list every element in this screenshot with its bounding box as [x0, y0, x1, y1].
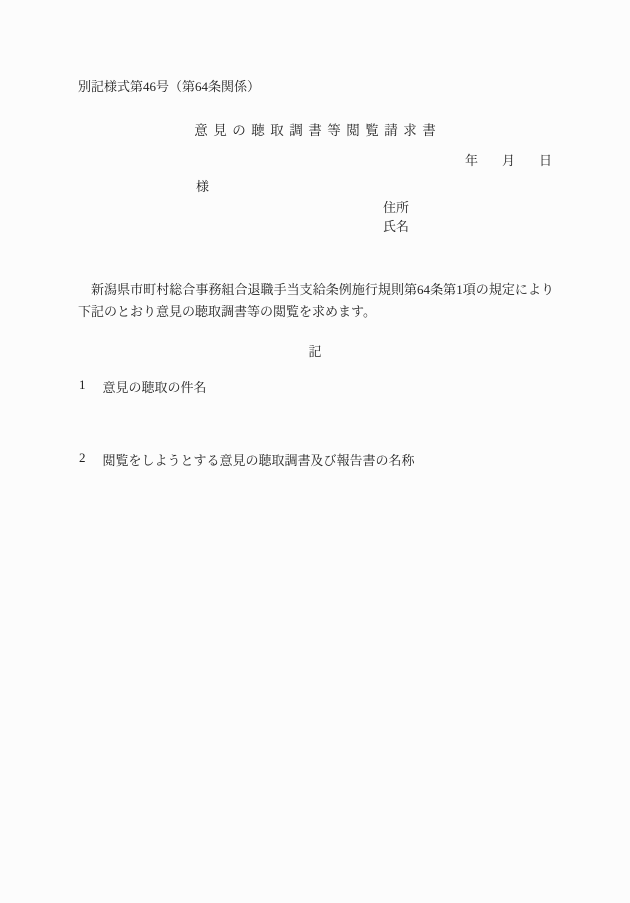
form-item-2-label: 閲覧をしようとする意見の聴取調書及び報告書の名称 [103, 450, 415, 469]
date-line: 年 月 日 [465, 150, 552, 169]
list-marker: 記 [0, 341, 630, 360]
addressee-suffix: 様 [196, 176, 209, 195]
form-item-1-number: 1 [79, 377, 86, 396]
document-page: 別記様式第46号（第64条関係） 意見の聴取調書等閲覧請求書 年 月 日 様 住… [0, 0, 630, 903]
body-paragraph: 新潟県市町村総合事務組合退職手当支給条例施行規則第64条第1項の規定により下記の… [78, 279, 554, 322]
sender-name-label: 氏名 [383, 216, 409, 235]
document-title: 意見の聴取調書等閲覧請求書 [0, 119, 630, 139]
form-item-2-number: 2 [79, 450, 86, 469]
form-item-2: 2 閲覧をしようとする意見の聴取調書及び報告書の名称 [79, 450, 415, 469]
date-day-label: 日 [539, 150, 552, 169]
form-item-1: 1 意見の聴取の件名 [79, 377, 207, 396]
date-year-label: 年 [465, 150, 478, 169]
date-month-label: 月 [502, 150, 515, 169]
form-item-1-label: 意見の聴取の件名 [103, 377, 207, 396]
form-number: 別記様式第46号（第64条関係） [78, 76, 260, 95]
sender-address-label: 住所 [383, 197, 409, 216]
